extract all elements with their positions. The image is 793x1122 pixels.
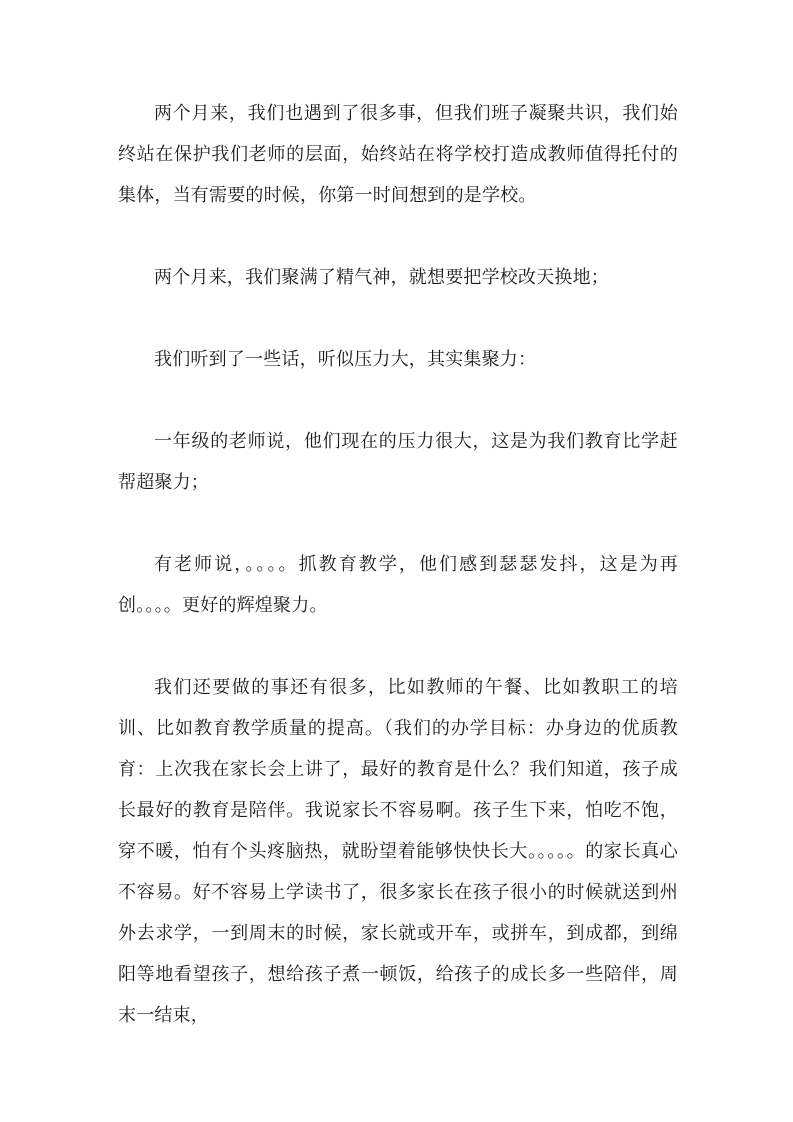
paragraph-5: 有老师说，。。。。抓教育教学，他们感到瑟瑟发抖，这是为再创。。。。更好的辉煌聚力… <box>118 544 678 626</box>
paragraph-3: 我们听到了一些话，听似压力大，其实集聚力： <box>118 339 678 380</box>
paragraph-2: 两个月来，我们聚满了精气神，就想要把学校改天换地； <box>118 257 678 298</box>
paragraph-6: 我们还要做的事还有很多，比如教师的午餐、比如教职工的培训、比如教育教学质量的提高… <box>118 667 678 1036</box>
paragraph-4: 一年级的老师说，他们现在的压力很大，这是为我们教育比学赶帮超聚力； <box>118 421 678 503</box>
paragraph-1: 两个月来，我们也遇到了很多事，但我们班子凝聚共识，我们始终站在保护我们老师的层面… <box>118 93 678 216</box>
document-page: 两个月来，我们也遇到了很多事，但我们班子凝聚共识，我们始终站在保护我们老师的层面… <box>118 93 678 1036</box>
